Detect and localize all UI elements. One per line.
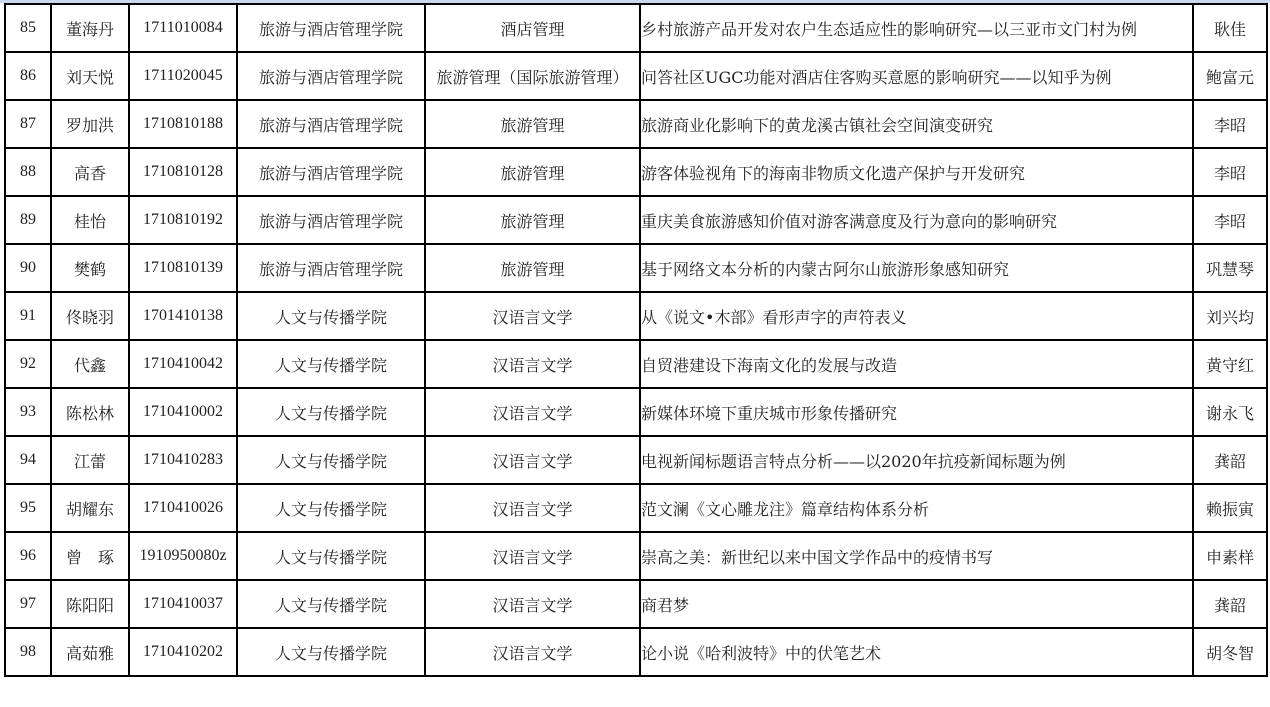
cell-number: 85 [5,4,51,52]
cell-college: 旅游与酒店管理学院 [237,4,425,52]
cell-college: 旅游与酒店管理学院 [237,100,425,148]
cell-college: 人文与传播学院 [237,580,425,628]
table-row: 91佟晓羽1701410138人文与传播学院汉语言文学从《说文•木部》看形声字的… [5,292,1267,340]
table-row: 98高茹雅1710410202人文与传播学院汉语言文学论小说《哈利波特》中的伏笔… [5,628,1267,676]
cell-student-name: 陈阳阳 [51,580,129,628]
cell-advisor: 巩慧琴 [1193,244,1267,292]
cell-major: 汉语言文学 [425,580,640,628]
cell-number: 92 [5,340,51,388]
cell-college: 人文与传播学院 [237,292,425,340]
cell-advisor: 申素样 [1193,532,1267,580]
table-row: 86刘天悦1711020045旅游与酒店管理学院旅游管理（国际旅游管理）问答社区… [5,52,1267,100]
cell-student-id: 1710410002 [129,388,237,436]
cell-student-id: 1711010084 [129,4,237,52]
cell-student-name: 罗加洪 [51,100,129,148]
cell-student-name: 陈松林 [51,388,129,436]
cell-thesis-title: 论小说《哈利波特》中的伏笔艺术 [640,628,1193,676]
cell-major: 旅游管理 [425,148,640,196]
cell-major: 旅游管理 [425,196,640,244]
cell-student-name: 江蕾 [51,436,129,484]
cell-student-name: 桂怡 [51,196,129,244]
cell-advisor: 李昭 [1193,148,1267,196]
cell-number: 95 [5,484,51,532]
table-row: 87罗加洪1710810188旅游与酒店管理学院旅游管理旅游商业化影响下的黄龙溪… [5,100,1267,148]
cell-student-name: 代鑫 [51,340,129,388]
cell-advisor: 李昭 [1193,100,1267,148]
table-row: 92代鑫1710410042人文与传播学院汉语言文学自贸港建设下海南文化的发展与… [5,340,1267,388]
cell-student-id: 1710810139 [129,244,237,292]
cell-college: 旅游与酒店管理学院 [237,52,425,100]
cell-thesis-title: 游客体验视角下的海南非物质文化遗产保护与开发研究 [640,148,1193,196]
cell-student-id: 1710410037 [129,580,237,628]
cell-student-id: 1710410026 [129,484,237,532]
table-body: 85董海丹1711010084旅游与酒店管理学院酒店管理乡村旅游产品开发对农户生… [5,4,1267,676]
cell-number: 90 [5,244,51,292]
cell-college: 旅游与酒店管理学院 [237,244,425,292]
cell-student-id: 1710410283 [129,436,237,484]
cell-thesis-title: 电视新闻标题语言特点分析——以2020年抗疫新闻标题为例 [640,436,1193,484]
cell-college: 人文与传播学院 [237,484,425,532]
cell-student-name: 曾 琢 [51,532,129,580]
cell-advisor: 胡冬智 [1193,628,1267,676]
cell-major: 汉语言文学 [425,484,640,532]
table-row: 96曾 琢1910950080z人文与传播学院汉语言文学崇高之美：新世纪以来中国… [5,532,1267,580]
cell-major: 汉语言文学 [425,340,640,388]
cell-advisor: 龚韶 [1193,580,1267,628]
cell-student-name: 樊鹤 [51,244,129,292]
cell-student-id: 1710410202 [129,628,237,676]
cell-advisor: 黄守红 [1193,340,1267,388]
cell-advisor: 李昭 [1193,196,1267,244]
cell-student-id: 1710810192 [129,196,237,244]
cell-major: 汉语言文学 [425,388,640,436]
cell-student-name: 刘天悦 [51,52,129,100]
cell-student-name: 董海丹 [51,4,129,52]
cell-major: 汉语言文学 [425,628,640,676]
table-row: 95胡耀东1710410026人文与传播学院汉语言文学范文澜《文心雕龙注》篇章结… [5,484,1267,532]
cell-student-name: 高茹雅 [51,628,129,676]
cell-student-id: 1710810128 [129,148,237,196]
cell-thesis-title: 乡村旅游产品开发对农户生态适应性的影响研究—以三亚市文门村为例 [640,4,1193,52]
cell-number: 96 [5,532,51,580]
cell-major: 旅游管理 [425,244,640,292]
cell-thesis-title: 新媒体环境下重庆城市形象传播研究 [640,388,1193,436]
cell-advisor: 耿佳 [1193,4,1267,52]
thesis-table: 85董海丹1711010084旅游与酒店管理学院酒店管理乡村旅游产品开发对农户生… [4,3,1268,677]
cell-advisor: 龚韶 [1193,436,1267,484]
cell-college: 人文与传播学院 [237,436,425,484]
cell-advisor: 刘兴均 [1193,292,1267,340]
cell-major: 汉语言文学 [425,292,640,340]
cell-student-name: 佟晓羽 [51,292,129,340]
cell-major: 酒店管理 [425,4,640,52]
cell-thesis-title: 基于网络文本分析的内蒙古阿尔山旅游形象感知研究 [640,244,1193,292]
cell-number: 88 [5,148,51,196]
cell-major: 汉语言文学 [425,436,640,484]
cell-thesis-title: 问答社区UGC功能对酒店住客购买意愿的影响研究——以知乎为例 [640,52,1193,100]
cell-thesis-title: 崇高之美：新世纪以来中国文学作品中的疫情书写 [640,532,1193,580]
cell-thesis-title: 旅游商业化影响下的黄龙溪古镇社会空间演变研究 [640,100,1193,148]
cell-advisor: 鲍富元 [1193,52,1267,100]
cell-number: 86 [5,52,51,100]
cell-number: 97 [5,580,51,628]
table-row: 85董海丹1711010084旅游与酒店管理学院酒店管理乡村旅游产品开发对农户生… [5,4,1267,52]
cell-college: 人文与传播学院 [237,388,425,436]
cell-college: 人文与传播学院 [237,340,425,388]
cell-thesis-title: 范文澜《文心雕龙注》篇章结构体系分析 [640,484,1193,532]
cell-thesis-title: 商君梦 [640,580,1193,628]
cell-major: 旅游管理（国际旅游管理） [425,52,640,100]
cell-major: 旅游管理 [425,100,640,148]
cell-college: 人文与传播学院 [237,532,425,580]
table-row: 93陈松林1710410002人文与传播学院汉语言文学新媒体环境下重庆城市形象传… [5,388,1267,436]
cell-college: 旅游与酒店管理学院 [237,148,425,196]
cell-number: 98 [5,628,51,676]
table-row: 88高香1710810128旅游与酒店管理学院旅游管理游客体验视角下的海南非物质… [5,148,1267,196]
cell-college: 人文与传播学院 [237,628,425,676]
table-row: 97陈阳阳1710410037人文与传播学院汉语言文学商君梦龚韶 [5,580,1267,628]
cell-college: 旅游与酒店管理学院 [237,196,425,244]
cell-number: 93 [5,388,51,436]
table-row: 89桂怡1710810192旅游与酒店管理学院旅游管理重庆美食旅游感知价值对游客… [5,196,1267,244]
cell-advisor: 赖振寅 [1193,484,1267,532]
cell-student-id: 1711020045 [129,52,237,100]
cell-number: 87 [5,100,51,148]
cell-student-id: 1910950080z [129,532,237,580]
cell-number: 91 [5,292,51,340]
cell-student-id: 1701410138 [129,292,237,340]
cell-major: 汉语言文学 [425,532,640,580]
cell-student-name: 高香 [51,148,129,196]
cell-thesis-title: 重庆美食旅游感知价值对游客满意度及行为意向的影响研究 [640,196,1193,244]
table-row: 94江蕾1710410283人文与传播学院汉语言文学电视新闻标题语言特点分析——… [5,436,1267,484]
cell-thesis-title: 自贸港建设下海南文化的发展与改造 [640,340,1193,388]
cell-student-id: 1710410042 [129,340,237,388]
cell-thesis-title: 从《说文•木部》看形声字的声符表义 [640,292,1193,340]
cell-student-name: 胡耀东 [51,484,129,532]
cell-student-id: 1710810188 [129,100,237,148]
table-row: 90樊鹤1710810139旅游与酒店管理学院旅游管理基于网络文本分析的内蒙古阿… [5,244,1267,292]
cell-advisor: 谢永飞 [1193,388,1267,436]
cell-number: 89 [5,196,51,244]
cell-number: 94 [5,436,51,484]
